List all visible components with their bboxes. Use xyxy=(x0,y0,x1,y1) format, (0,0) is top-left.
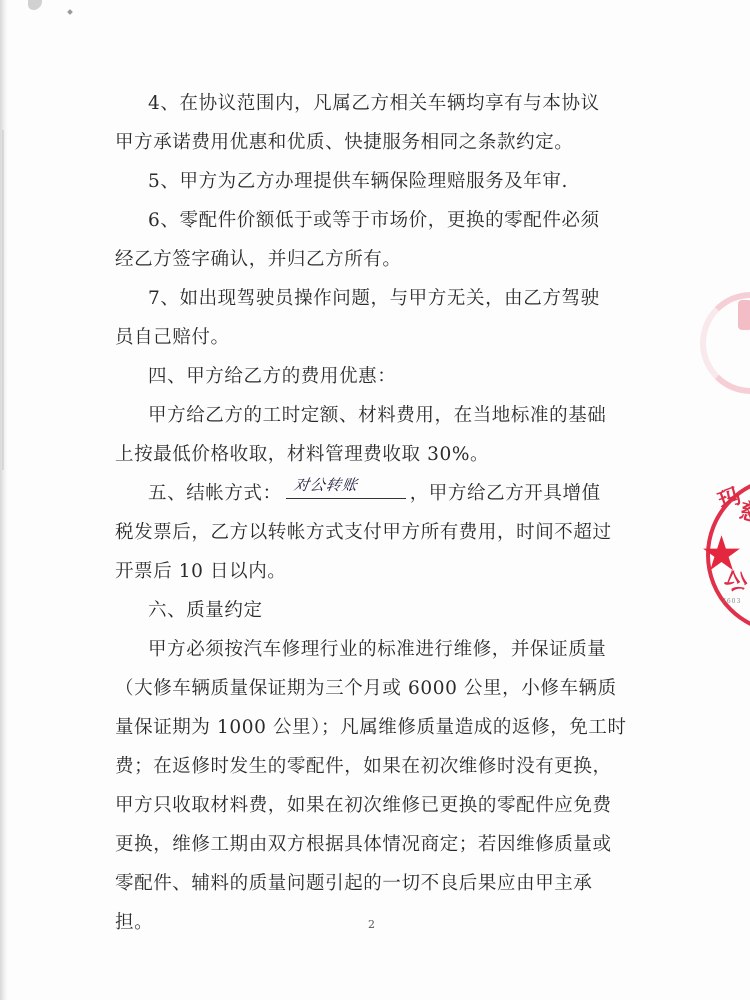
section-6-line-5: 甲方只收取材料费，如果在初次维修已更换的零配件应免费 xyxy=(115,786,685,825)
section-6-line-2: （大修车辆质量保证期为三个月或 6000 公里，小修车辆质 xyxy=(115,669,685,708)
seal-star-icon: ★ xyxy=(700,530,743,578)
clause-5: 5、甲方为乙方办理提供车辆保险理赔服务及年审. xyxy=(115,162,685,201)
section-4-line-2: 上按最低价格收取，材料管理费收取 30%。 xyxy=(115,435,685,474)
section-6-line-3: 量保证期为 1000 公里）；凡属维修质量造成的返修，免工时 xyxy=(115,708,685,747)
section-6-line-8: 担。 xyxy=(115,903,685,942)
section-6-line-7: 零配件、辅料的质量问题引起的一切不良后果应由甲主承 xyxy=(115,864,685,903)
clause-4-line-1: 4、在协议范围内，凡属乙方相关车辆均享有与本协议 xyxy=(115,84,685,123)
section-4-line-1: 甲方给乙方的工时定额、材料费用，在当地标准的基础 xyxy=(115,396,685,435)
faded-seal-ink xyxy=(738,300,750,330)
page-number: 2 xyxy=(368,918,375,931)
section-6-heading: 六、质量约定 xyxy=(115,591,685,630)
scan-corner-mark xyxy=(28,0,42,10)
settlement-method-blank: 对公转账 xyxy=(286,476,406,499)
clause-6-line-2: 经乙方签字确认，并归乙方所有。 xyxy=(115,240,685,279)
section-5-line-2: 税发票后，乙方以转帐方式支付甲方所有费用，时间不超过 xyxy=(115,513,685,552)
section-6-line-6: 更换，维修工期由双方根据具体情况商定；若因维修质量或 xyxy=(115,825,685,864)
section-6-line-1: 甲方必须按汽车修理行业的标准进行维修，并保证质量 xyxy=(115,630,685,669)
clause-7-line-1: 7、如出现驾驶员操作问题，与甲方无关，由乙方驾驶 xyxy=(115,279,685,318)
section-4-heading: 四、甲方给乙方的费用优惠： xyxy=(115,357,685,396)
scan-fold-line xyxy=(2,130,4,470)
document-body: 4、在协议范围内，凡属乙方相关车辆均享有与本协议 甲方承诺费用优惠和优质、快捷服… xyxy=(115,84,685,942)
section-5-settlement-line: 五、结帐方式：对公转账，甲方给乙方开具增值 xyxy=(115,474,685,513)
clause-6-line-1: 6、零配件价额低于或等于市场价，更换的零配件必须 xyxy=(115,201,685,240)
settlement-suffix: ，甲方给乙方开具增值 xyxy=(410,483,601,504)
section-5-line-3: 开票后 10 日以内。 xyxy=(115,552,685,591)
clause-4-line-2: 甲方承诺费用优惠和优质、快捷服务相同之条款约定。 xyxy=(115,123,685,162)
scan-speck xyxy=(67,9,73,15)
settlement-label: 五、结帐方式： xyxy=(148,483,282,504)
handwritten-settlement-method: 对公转账 xyxy=(292,474,359,496)
seal-code: 7603 xyxy=(722,598,741,605)
section-6-line-4: 费；在返修时发生的零配件，如果在初次维修时没有更换， xyxy=(115,747,685,786)
clause-7-line-2: 员自己赔付。 xyxy=(115,318,685,357)
